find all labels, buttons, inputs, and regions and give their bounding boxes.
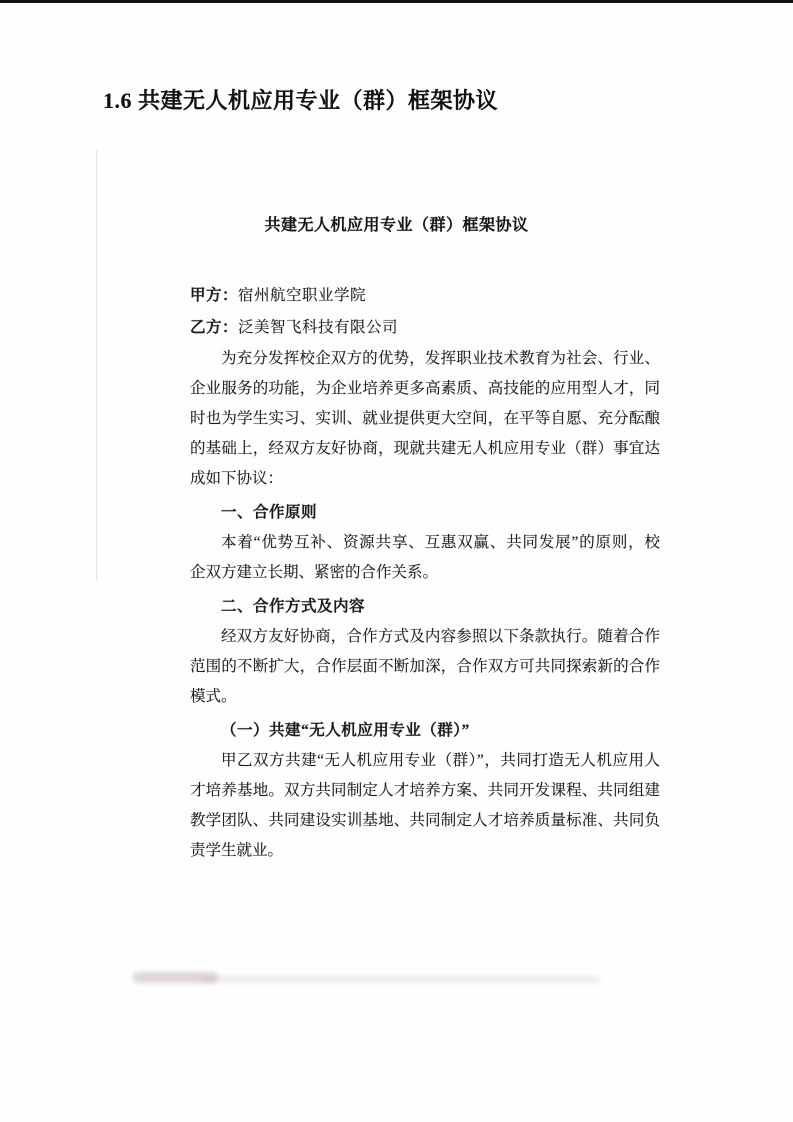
body-text-line: 企双方建立长期、紧密的合作关系。 [190, 558, 660, 588]
clause-heading: （一）共建“无人机应用专业（群）” [190, 716, 660, 746]
clause-heading: 一、合作原则 [190, 498, 660, 528]
scan-smudge-artifact [200, 976, 600, 983]
body-text-line: 企业服务的功能，为企业培养更多高素质、高技能的应用型人才，同 [190, 374, 660, 404]
body-text-line: 经双方友好协商，合作方式及内容参照以下条款执行。随着合作 [190, 622, 660, 652]
agreement-body: 为充分发挥校企双方的优势，发挥职业技术教育为社会、行业、企业服务的功能，为企业培… [190, 344, 660, 866]
body-text-line: 本着“优势互补、资源共享、互惠双赢、共同发展”的原则，校 [190, 528, 660, 558]
party-a-name: 宿州航空职业学院 [238, 287, 366, 304]
party-b-name: 泛美智飞科技有限公司 [238, 319, 398, 336]
party-b-line: 乙方：泛美智飞科技有限公司 [190, 312, 660, 344]
party-a-label: 甲方： [190, 287, 238, 304]
agreement-title: 共建无人机应用专业（群）框架协议 [0, 212, 793, 235]
body-text-line: 教学团队、共同建设实训基地、共同制定人才培养质量标准、共同负 [190, 806, 660, 836]
document-page: 1.6 共建无人机应用专业（群）框架协议 共建无人机应用专业（群）框架协议 甲方… [0, 0, 793, 1122]
body-text-line: 责学生就业。 [190, 836, 660, 866]
scan-top-edge-artifact [0, 0, 793, 3]
clause-heading: 二、合作方式及内容 [190, 592, 660, 622]
section-heading: 1.6 共建无人机应用专业（群）框架协议 [103, 84, 498, 115]
body-text-line: 甲乙双方共建“无人机应用专业（群）”，共同打造无人机应用人 [190, 746, 660, 776]
body-text-line: 才培养基地。双方共同制定人才培养方案、共同开发课程、共同组建 [190, 776, 660, 806]
agreement-text-column: 甲方：宿州航空职业学院 乙方：泛美智飞科技有限公司 为充分发挥校企双方的优势，发… [190, 280, 660, 866]
body-text-line: 模式。 [190, 682, 660, 712]
body-text-line: 时也为学生实习、实训、就业提供更大空间，在平等自愿、充分酝酿 [190, 404, 660, 434]
party-b-label: 乙方： [190, 319, 238, 336]
body-text-line: 为充分发挥校企双方的优势，发挥职业技术教育为社会、行业、 [190, 344, 660, 374]
body-text-line: 的基础上，经双方友好协商，现就共建无人机应用专业（群）事宜达 [190, 434, 660, 464]
party-a-line: 甲方：宿州航空职业学院 [190, 280, 660, 312]
body-text-line: 成如下协议： [190, 464, 660, 494]
body-text-line: 范围的不断扩大，合作层面不断加深，合作双方可共同探索新的合作 [190, 652, 660, 682]
